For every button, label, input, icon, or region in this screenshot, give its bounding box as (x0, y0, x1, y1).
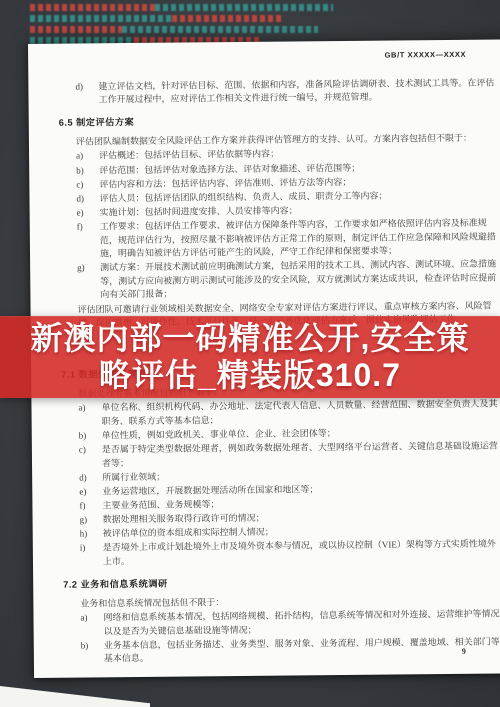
decor-glyph-row (30, 26, 318, 33)
list-item-label: a) (78, 402, 101, 429)
body-text: 建立评估文档，针对评估目标、范围、依据和内容，准备风险评估调研表、技术测试工具等… (98, 76, 496, 107)
list-item-label: d) (76, 192, 99, 206)
decor-glyph-segment (172, 15, 284, 22)
list-item-label: a) (76, 150, 99, 164)
list-item-label: d) (75, 80, 98, 107)
decor-glyph-row (30, 15, 284, 22)
body-text: 网络和信息系统基本情况，包括网络规模、拓扑结构，信息系统等情况和对外连接、运营维… (103, 608, 500, 639)
list-item-label: e) (79, 485, 102, 499)
decor-glyph-segment (30, 4, 155, 11)
decor-glyph-segment (155, 4, 333, 11)
decor-glyph-rows (30, 3, 340, 47)
decor-glyph-segment (122, 26, 318, 33)
body-text: 工作要求：包括评估工作要求、被评估方保障条件等内容，工作要求如严格依照评估内容及… (100, 216, 498, 261)
list-item: f)工作要求：包括评估工作要求、被评估方保障条件等内容，工作要求如严格依照评估内… (77, 216, 498, 261)
list-item-label: c) (79, 443, 102, 470)
list-item-label: h) (80, 528, 103, 542)
list-item: c)是否属于特定类型数据处理者，例如政务数据处理者、大型网络平台运营者、关键信息… (79, 440, 500, 471)
list-item-label: e) (77, 206, 100, 220)
section-heading-text: 7.2 业务和信息系统调研 (63, 578, 168, 589)
list-item: b)业务基本信息，包括业务描述、业务类型、服务对象、业务流程、用户规模、覆盖地域… (81, 635, 500, 666)
photo-background: GB/T XXXXX—XXXX d)建立评估文档，针对评估目标、范围、依据和内容… (0, 0, 500, 707)
page-number: 9 (462, 647, 466, 656)
decor-glyph-row (30, 4, 333, 11)
list-item-label: f) (77, 220, 100, 261)
ad-banner[interactable]: 新澳内部一码精准公开,安全策 略评估_精装版310.7 (0, 316, 500, 398)
section-heading: 7.2 业务和信息系统调研 (63, 574, 500, 592)
body-text: 业务基本信息，包括业务描述、业务类型、服务对象、业务流程、用户规模、覆盖地域、相… (104, 635, 500, 666)
list-item: a)单位名称、组织机构代码、办公地址、法定代表人信息、人员数量、经营范围、数据安… (78, 398, 499, 429)
list-item: d)建立评估文档，针对评估目标、范围、依据和内容，准备风险评估调研表、技术测试工… (75, 76, 496, 107)
ad-banner-line2: 略评估_精装版310.7 (99, 357, 401, 394)
list-item-label: i) (80, 542, 103, 569)
body-text: 是否属于特定类型数据处理者，例如政务数据处理者、大型网络平台运营者、关键信息基础… (102, 440, 500, 471)
decor-glyph-segment (30, 26, 122, 33)
list-item-label: g) (77, 262, 100, 303)
list-item-label: d) (79, 471, 102, 485)
list-item-label: g) (80, 513, 103, 527)
list-item-label: c) (76, 178, 99, 192)
page-corner-fold (0, 686, 150, 707)
body-text: 是否境外上市或计划赴境外上市及境外资本参与情况，或以协议控制（VIE）架构等方式… (103, 538, 500, 569)
section-heading-text: 6.5 制定评估方案 (59, 117, 135, 128)
list-item: a)网络和信息系统基本情况，包括网络规模、拓扑结构，信息系统等情况和对外连接、运… (80, 608, 500, 639)
list-item-label: b) (79, 429, 102, 443)
section-heading: 6.5 制定评估方案 (59, 112, 497, 130)
decor-glyph-segment (30, 15, 172, 22)
list-item-label: a) (80, 611, 103, 638)
list-item: g)测试方案：开展技术测试前应明确测试方案，包括采用的技术工具、测试内容、测试环… (77, 258, 498, 303)
body-text: 评估团队编制数据安全风险评估工作方案并获得评估管理方的支持、认可。方案内容包括但… (76, 133, 472, 147)
body-text: 单位名称、组织机构代码、办公地址、法定代表人信息、人员数量、经营范围、数据安全负… (101, 398, 499, 429)
ad-banner-line1: 新澳内部一码精准公开,安全策 (31, 320, 470, 357)
list-item-label: b) (76, 164, 99, 178)
body-text: 业务和信息系统情况包括但不限于： (80, 597, 224, 608)
list-item-label: b) (81, 639, 104, 666)
doc-header-code: GB/T XXXXX—XXXX (58, 48, 496, 66)
body-text: 测试方案：开展技术测试前应明确测试方案，包括采用的技术工具、测试内容、测试环境、… (100, 258, 498, 303)
list-item-label: f) (79, 499, 102, 513)
list-item: i)是否境外上市或计划赴境外上市及境外资本参与情况，或以协议控制（VIE）架构等… (80, 538, 500, 569)
